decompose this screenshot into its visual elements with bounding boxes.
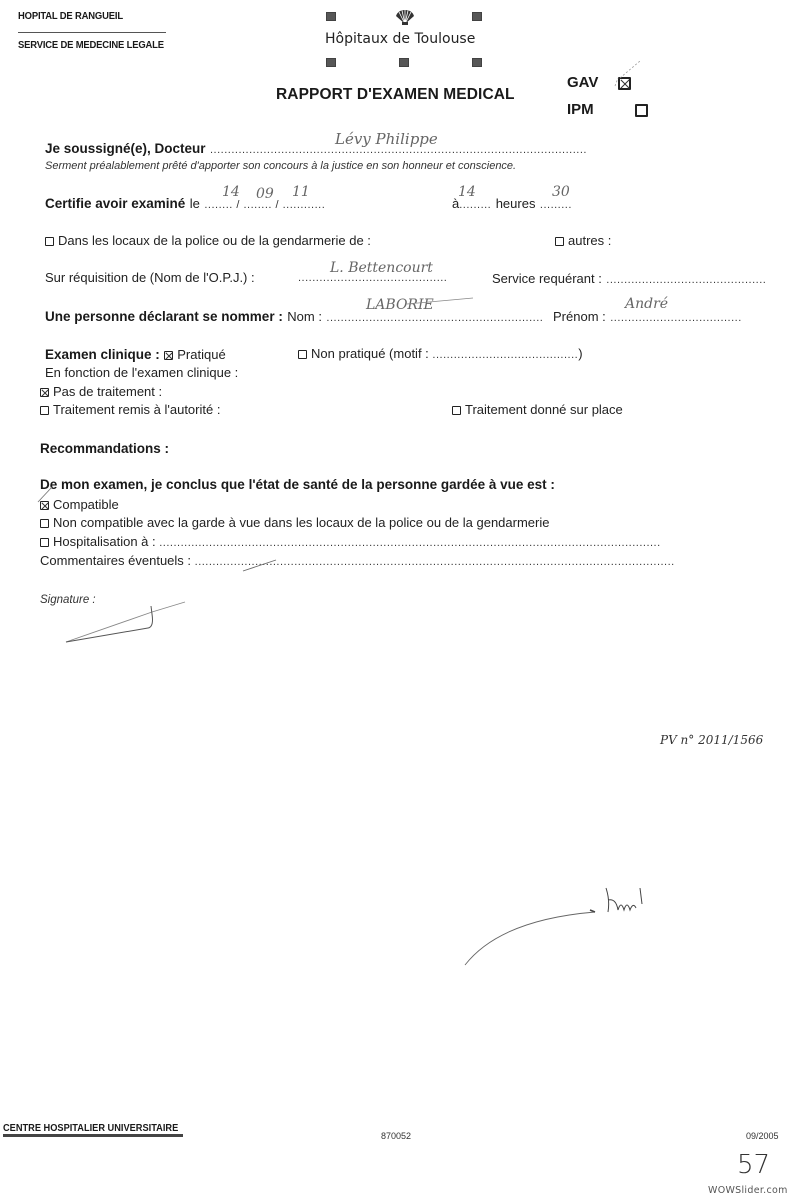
traitement-remis-label: Traitement remis à l'autorité :: [53, 402, 220, 417]
non-pratique-checkbox[interactable]: [298, 350, 307, 359]
logo-square-icon: [472, 58, 482, 67]
exam-month: 09: [256, 186, 274, 202]
service-label: Service requérant :: [492, 271, 602, 286]
service-field[interactable]: ........................................…: [606, 274, 766, 286]
person-label: Une personne déclarant se nommer :: [45, 309, 283, 324]
nom-field[interactable]: ........................................…: [326, 312, 543, 324]
traitement-place-label: Traitement donné sur place: [465, 402, 623, 417]
report-title: RAPPORT D'EXAMEN MEDICAL: [276, 86, 515, 104]
conclusion-label: De mon examen, je conclus que l'état de …: [40, 477, 555, 492]
logo-title: Hôpitaux de Toulouse: [325, 31, 475, 47]
non-compatible-option[interactable]: Non compatible avec la garde à vue dans …: [40, 515, 549, 530]
compatible-checkbox[interactable]: [40, 501, 49, 510]
exam-date-row: Certifie avoir examiné le ........ / ...…: [45, 195, 325, 213]
pas-traitement-label: Pas de traitement :: [53, 384, 162, 399]
pratique-checkbox[interactable]: [164, 351, 173, 360]
ipm-checkbox[interactable]: [635, 104, 648, 117]
requisition-label: Sur réquisition de (Nom de l'O.P.J.) :: [45, 270, 255, 285]
nom-label: Nom :: [287, 309, 322, 324]
service-name: SERVICE DE MEDECINE LEGALE: [18, 39, 164, 51]
police-location-label: Dans les locaux de la police ou de la ge…: [58, 233, 371, 248]
logo-square-icon: [399, 58, 409, 67]
person-row: Une personne déclarant se nommer : Nom :…: [45, 308, 543, 326]
en-fonction-label: En fonction de l'examen clinique :: [45, 365, 238, 380]
pen-stroke-icon: [240, 557, 280, 573]
pratique-label: Pratiqué: [177, 347, 225, 362]
le-label: le: [190, 196, 200, 211]
prenom-field[interactable]: .....................................: [610, 312, 742, 324]
form-code: 870052: [381, 1131, 411, 1141]
pv-number-handwritten: PV n° 2011/1566: [660, 733, 763, 747]
hospitalisation-checkbox[interactable]: [40, 538, 49, 547]
autres-checkbox[interactable]: [555, 237, 564, 246]
traitement-remis-option[interactable]: Traitement remis à l'autorité :: [40, 402, 220, 417]
exam-clinique-row: Examen clinique : Pratiqué: [45, 346, 226, 364]
hospitalisation-field[interactable]: ........................................…: [159, 537, 660, 549]
traitement-remis-checkbox[interactable]: [40, 406, 49, 415]
commentaires-row: Commentaires éventuels : ...............…: [40, 553, 675, 568]
stamp-signature-scribble-icon: [460, 880, 650, 970]
oath-text: Serment préalablement prêté d'apporter s…: [45, 160, 516, 172]
prenom-label: Prénom :: [553, 309, 606, 324]
hospital-name: HOPITAL DE RANGUEIL: [18, 10, 123, 22]
traitement-place-checkbox[interactable]: [452, 406, 461, 415]
gav-check-mark-icon: [612, 58, 642, 88]
heures-label: heures: [496, 196, 536, 211]
non-compatible-label: Non compatible avec la garde à vue dans …: [53, 515, 549, 530]
non-pratique-option[interactable]: Non pratiqué (motif : ..................…: [298, 346, 583, 361]
police-location-option[interactable]: Dans les locaux de la police ou de la ge…: [45, 233, 371, 248]
pas-traitement-checkbox[interactable]: [40, 388, 49, 397]
compatible-label: Compatible: [53, 497, 119, 512]
non-pratique-label: Non pratiqué (motif :: [311, 346, 429, 361]
hospitalisation-option[interactable]: Hospitalisation à : ....................…: [40, 534, 661, 549]
pas-traitement-option[interactable]: Pas de traitement :: [40, 384, 162, 399]
gav-label: GAV: [567, 74, 598, 91]
exam-minutes: 30: [552, 184, 570, 200]
logo-square-icon: [472, 12, 482, 21]
header-divider: [18, 32, 166, 33]
footer-institution: CENTRE HOSPITALIER UNIVERSITAIRE: [3, 1122, 178, 1134]
hospitalisation-label: Hospitalisation à :: [53, 534, 156, 549]
autres-option[interactable]: autres :: [555, 233, 611, 248]
exam-clinique-label: Examen clinique :: [45, 347, 160, 362]
doctor-label: Je soussigné(e), Docteur: [45, 141, 206, 156]
recommandations-label: Recommandations :: [40, 441, 169, 456]
non-compatible-checkbox[interactable]: [40, 519, 49, 528]
exam-year: 11: [292, 184, 310, 200]
exam-hour: 14: [458, 184, 476, 200]
doctor-row: Je soussigné(e), Docteur ...............…: [45, 140, 587, 158]
underline-stroke-icon: [405, 296, 475, 306]
prenom-handwritten: André: [625, 296, 668, 312]
traitement-place-option[interactable]: Traitement donné sur place: [452, 402, 623, 417]
certify-label: Certifie avoir examiné: [45, 196, 185, 211]
form-date: 09/2005: [746, 1131, 779, 1141]
minutes-field[interactable]: .........: [540, 199, 572, 211]
requisition-handwritten: L. Bettencourt: [330, 260, 433, 276]
police-location-checkbox[interactable]: [45, 237, 54, 246]
service-row: Service requérant : ....................…: [492, 270, 766, 288]
scallop-shell-icon: [395, 9, 415, 25]
compatible-option[interactable]: Compatible: [40, 497, 119, 512]
hour-field[interactable]: .........: [459, 199, 491, 211]
page-number: 57: [737, 1150, 770, 1180]
motif-field[interactable]: ........................................…: [432, 349, 578, 361]
logo-square-icon: [326, 12, 336, 21]
commentaires-label: Commentaires éventuels :: [40, 553, 191, 568]
logo-square-icon: [326, 58, 336, 67]
doctor-handwritten-name: Lévy Philippe: [335, 130, 438, 148]
non-pratique-close: ): [578, 346, 582, 361]
ipm-label: IPM: [567, 101, 594, 118]
watermark: WOWSlider.com: [708, 1185, 788, 1196]
footer-divider: [3, 1134, 183, 1137]
signature-scribble-icon: [60, 600, 190, 648]
autres-label: autres :: [568, 233, 611, 248]
exam-day: 14: [222, 184, 240, 200]
